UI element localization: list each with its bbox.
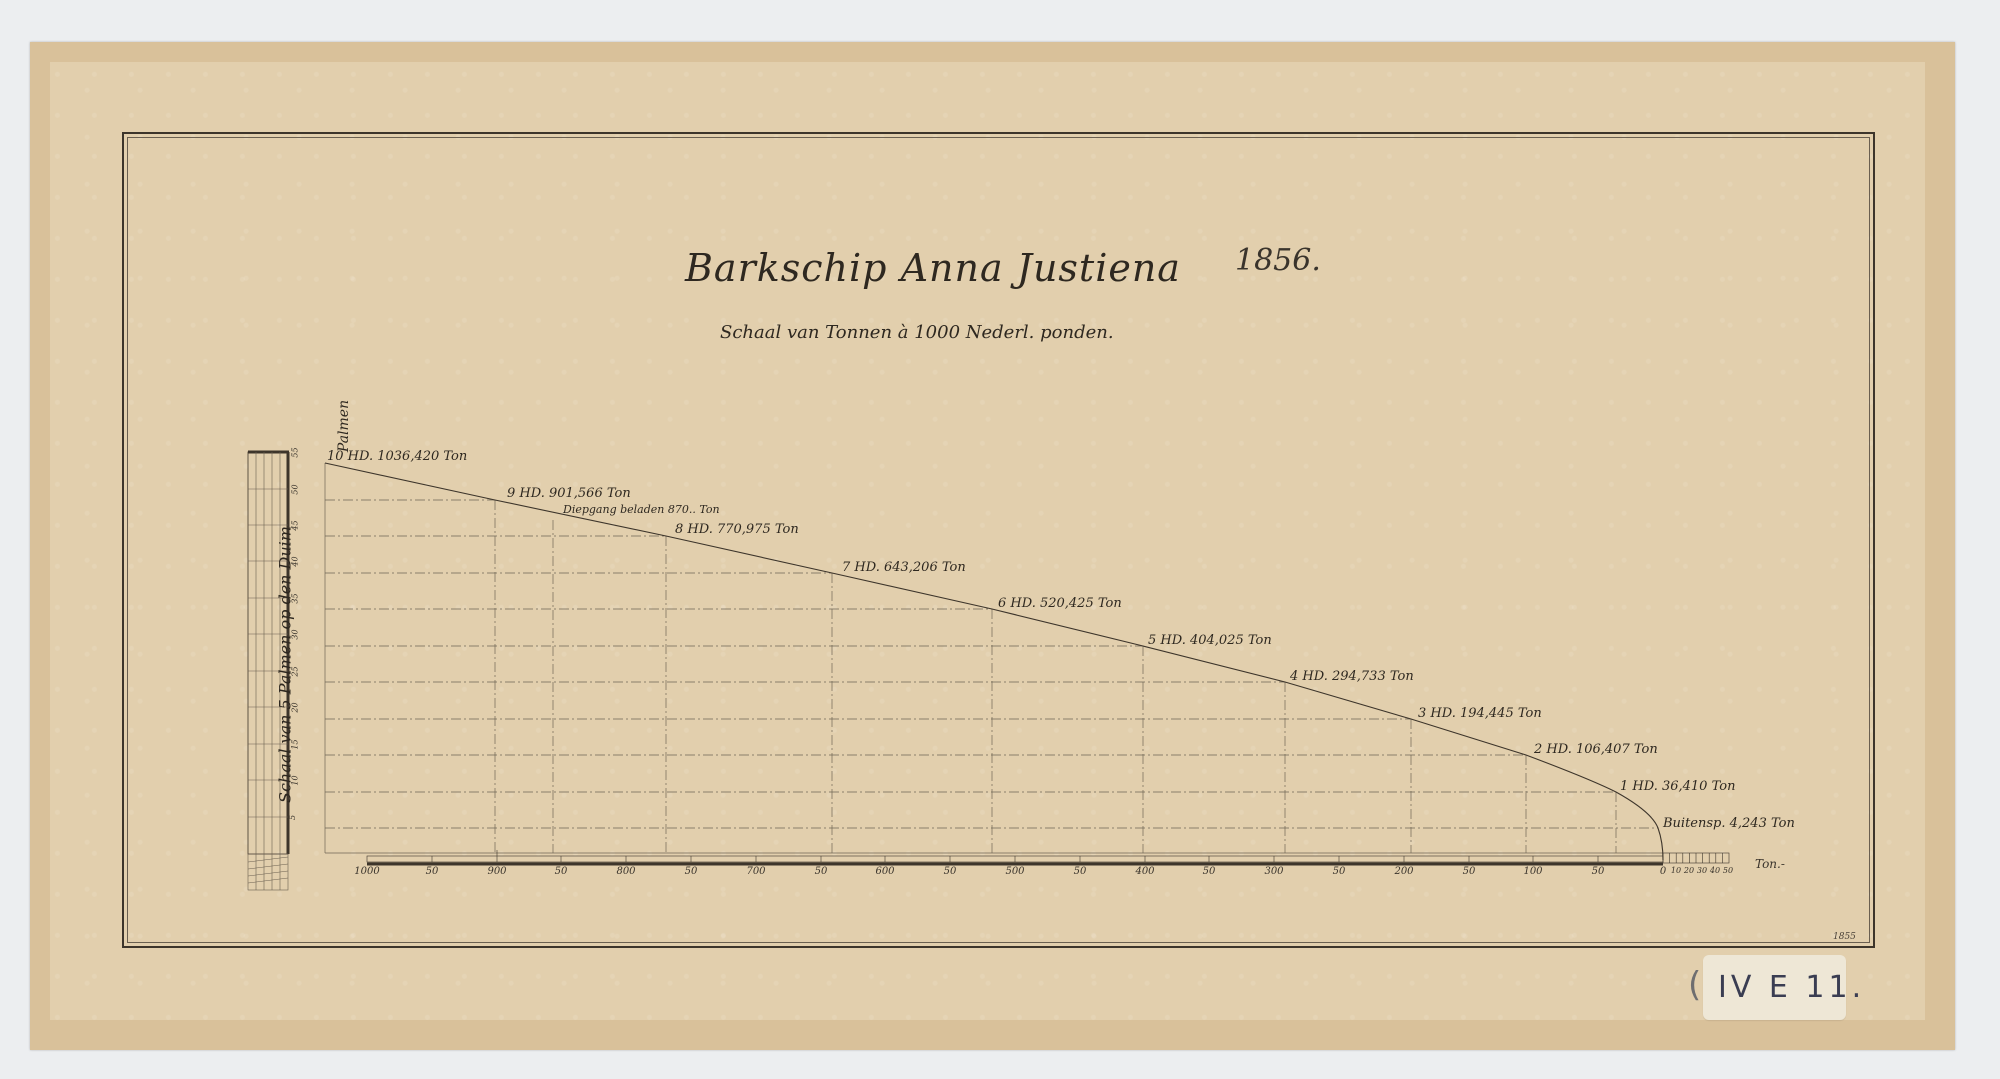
archive-label-text: IV E 11. [1718,970,1865,1005]
x-axis [367,850,1729,864]
x-small-tick-label: 10 [1671,866,1681,875]
y-tick-label: 5 [288,815,297,820]
x-axis-unit: Ton.- [1755,857,1785,871]
x-tick-label: 50 [944,866,957,877]
x-tick-label: 900 [487,866,506,877]
x-tick-label: 600 [875,866,894,877]
chart-canvas [0,0,2000,1079]
point-label-2hd: 2 HD. 106,407 Ton [1534,742,1658,757]
y-tick-label: 50 [291,484,300,494]
point-label-4hd: 4 HD. 294,733 Ton [1290,669,1414,684]
point-label-5hd: 5 HD. 404,025 Ton [1148,633,1272,648]
point-label-9hd: 9 HD. 901,566 Ton [507,486,631,501]
chart-grid [325,463,1663,853]
x-tick-label: 300 [1264,866,1283,877]
x-tick-label: 0 [1660,866,1666,877]
vertical-scale-title: Schaal van 5 Palmen op den Duim [276,515,295,815]
x-tick-label: 50 [555,866,568,877]
x-small-tick-label: 20 [1684,866,1694,875]
vertical-scale-unit: Palmen [336,400,352,452]
x-tick-label: 50 [1463,866,1476,877]
point-label-3hd: 3 HD. 194,445 Ton [1418,706,1542,721]
point-label-6hd: 6 HD. 520,425 Ton [998,596,1122,611]
x-tick-label: 50 [1203,866,1216,877]
point-label-1hd: 1 HD. 36,410 Ton [1620,779,1735,794]
point-label-buitensp: Buitensp. 4,243 Ton [1663,816,1795,831]
diepgang-annotation: Diepgang beladen 870.. Ton [563,503,720,516]
x-tick-label: 50 [1592,866,1605,877]
x-small-tick-label: 50 [1723,866,1733,875]
x-small-tick-label: 30 [1697,866,1707,875]
x-tick-label: 700 [746,866,765,877]
x-tick-label: 50 [1074,866,1087,877]
x-tick-label: 50 [685,866,698,877]
point-label-7hd: 7 HD. 643,206 Ton [842,560,966,575]
archive-paren: ( [1688,965,1701,1005]
x-tick-label: 200 [1394,866,1413,877]
x-tick-label: 1000 [354,866,379,877]
x-tick-label: 50 [426,866,439,877]
x-tick-label: 500 [1005,866,1024,877]
displacement-curve [325,463,1663,860]
x-tick-label: 100 [1523,866,1542,877]
x-small-tick-label: 40 [1710,866,1720,875]
point-label-8hd: 8 HD. 770,975 Ton [675,522,799,537]
y-tick-label: 55 [291,447,300,457]
x-tick-label: 400 [1135,866,1154,877]
x-tick-label: 50 [815,866,828,877]
small-year-mark: 1855 [1833,932,1856,942]
x-tick-label: 50 [1333,866,1346,877]
x-tick-label: 800 [616,866,635,877]
